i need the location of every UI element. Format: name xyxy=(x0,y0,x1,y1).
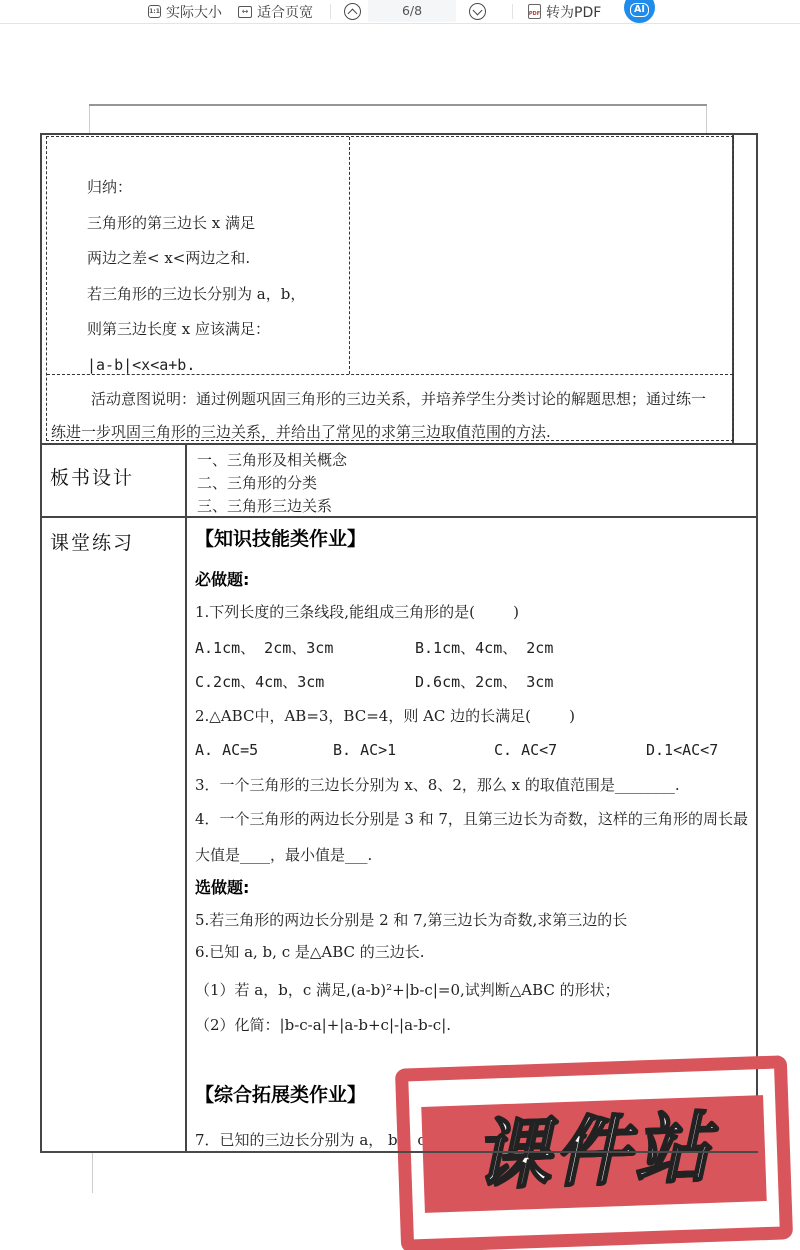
convert-to-pdf-label: 转为PDF xyxy=(546,2,601,22)
fit-width-icon xyxy=(238,6,252,18)
q2-option-a: A. AC=5 xyxy=(195,740,258,760)
page-indicator-input[interactable]: 6/8 xyxy=(368,0,456,22)
question-1: 1.下列长度的三条线段,能组成三角形的是( ) xyxy=(195,602,519,622)
pdf-file-icon: PDF xyxy=(528,4,541,19)
page-left-edge-bottom xyxy=(92,1153,93,1193)
stamp-text: 课件站 xyxy=(421,1095,766,1213)
summary-block: 归纳： 三角形的第三边长 x 满足 两边之差< x<两边之和. 若三角形的三边长… xyxy=(47,137,347,390)
fit-width-button[interactable]: 适合页宽 xyxy=(238,0,313,23)
q2-option-c: C. AC<7 xyxy=(494,740,557,760)
ai-icon: AI xyxy=(630,3,649,17)
q1-option-c: C.2cm、4cm、3cm xyxy=(195,672,324,692)
chevron-up-icon xyxy=(344,3,361,20)
q2-option-b: B. AC>1 xyxy=(333,740,396,760)
question-2: 2.△ABC中，AB=3，BC=4，则 AC 边的长满足( ) xyxy=(195,706,575,726)
toolbar-separator xyxy=(330,4,331,19)
question-3: 3．一个三角形的三边长分别为 x、8、2，那么 x 的取值范围是________… xyxy=(195,775,680,795)
page-top-edge xyxy=(89,104,707,106)
chevron-down-icon xyxy=(469,3,486,20)
classroom-practice-label: 课堂练习 xyxy=(42,516,185,555)
question-4-line1: 4．一个三角形的两边长分别是 3 和 7，且第三边长为奇数，这样的三角形的周长最 xyxy=(195,809,748,829)
board-item: 二、三角形的分类 xyxy=(197,472,756,495)
question-7: 7．已知的三边长分别为 a， b， c. xyxy=(195,1130,431,1150)
question-5: 5.若三角形的两边长分别是 2 和 7,第三边长为奇数,求第三边的长 xyxy=(195,910,627,930)
table-bottom-border xyxy=(40,1151,758,1153)
board-design-list: 一、三角形及相关概念 二、三角形的分类 三、三角形三边关系 xyxy=(187,443,756,518)
board-item: 三、三角形三边关系 xyxy=(197,495,756,518)
page-left-edge xyxy=(89,106,90,134)
next-page-button[interactable] xyxy=(469,0,486,23)
lesson-plan-table: 归纳： 三角形的第三边长 x 满足 两边之差< x<两边之和. 若三角形的三边长… xyxy=(40,133,758,1153)
actual-size-icon: 1:1 xyxy=(148,5,161,18)
board-design-label: 板书设计 xyxy=(42,443,185,516)
actual-size-label: 实际大小 xyxy=(166,2,222,22)
convert-to-pdf-button[interactable]: PDF 转为PDF xyxy=(528,0,601,23)
intent-note: 活动意图说明：通过例题巩固三角形的三边关系，并培养学生分类讨论的解题思想；通过练… xyxy=(47,375,733,449)
summary-line: 若三角形的三边长分别为 a，b， xyxy=(87,284,347,320)
question-6-sub2: （2）化简：|b-c-a|+|a-b+c|-|a-b-c|. xyxy=(195,1015,451,1035)
question-6-sub1: （1）若 a，b，c 满足,(a-b)²+|b-c|=0,试判断△ABC 的形状… xyxy=(195,980,620,1000)
q1-option-d: D.6cm、2cm、 3cm xyxy=(415,672,553,692)
intent-line: 活动意图说明：通过例题巩固三角形的三边关系，并培养学生分类讨论的解题思想；通过练… xyxy=(51,383,727,416)
previous-page-button[interactable] xyxy=(344,0,361,23)
summary-line: 归纳： xyxy=(87,177,347,213)
viewer-toolbar: 1:1 实际大小 适合页宽 6/8 PDF 转为PDF AI xyxy=(0,0,800,24)
page-right-edge xyxy=(706,106,707,134)
required-questions-title: 必做题: xyxy=(195,570,249,590)
summary-line: 则第三边长度 x 应该满足： xyxy=(87,319,347,355)
summary-line: 两边之差< x<两边之和. xyxy=(87,248,347,284)
q1-option-b: B.1cm、4cm、 2cm xyxy=(415,638,553,658)
summary-line: 三角形的第三边长 x 满足 xyxy=(87,213,347,249)
question-4-line2: 大值是____，最小值是___. xyxy=(195,845,372,865)
expand-section-title: 【综合拓展类作业】 xyxy=(195,1083,366,1108)
question-6: 6.已知 a, b, c 是△ABC 的三边长. xyxy=(195,942,425,962)
board-item: 一、三角形及相关概念 xyxy=(197,449,756,472)
actual-size-button[interactable]: 1:1 实际大小 xyxy=(148,0,222,23)
dashed-note-box: 归纳： 三角形的第三边长 x 满足 两边之差< x<两边之和. 若三角形的三边长… xyxy=(46,136,734,441)
ai-assistant-button[interactable]: AI xyxy=(624,0,655,23)
q2-option-d: D.1<AC<7 xyxy=(646,740,718,760)
practice-content: 【知识技能类作业】 必做题: 1.下列长度的三条线段,能组成三角形的是( ) A… xyxy=(187,516,756,1151)
dashed-vertical-divider xyxy=(349,137,350,374)
q1-option-a: A.1cm、 2cm、3cm xyxy=(195,638,333,658)
optional-questions-title: 选做题: xyxy=(195,878,249,898)
fit-width-label: 适合页宽 xyxy=(257,2,313,22)
knowledge-section-title: 【知识技能类作业】 xyxy=(195,527,366,552)
toolbar-separator xyxy=(512,4,513,19)
